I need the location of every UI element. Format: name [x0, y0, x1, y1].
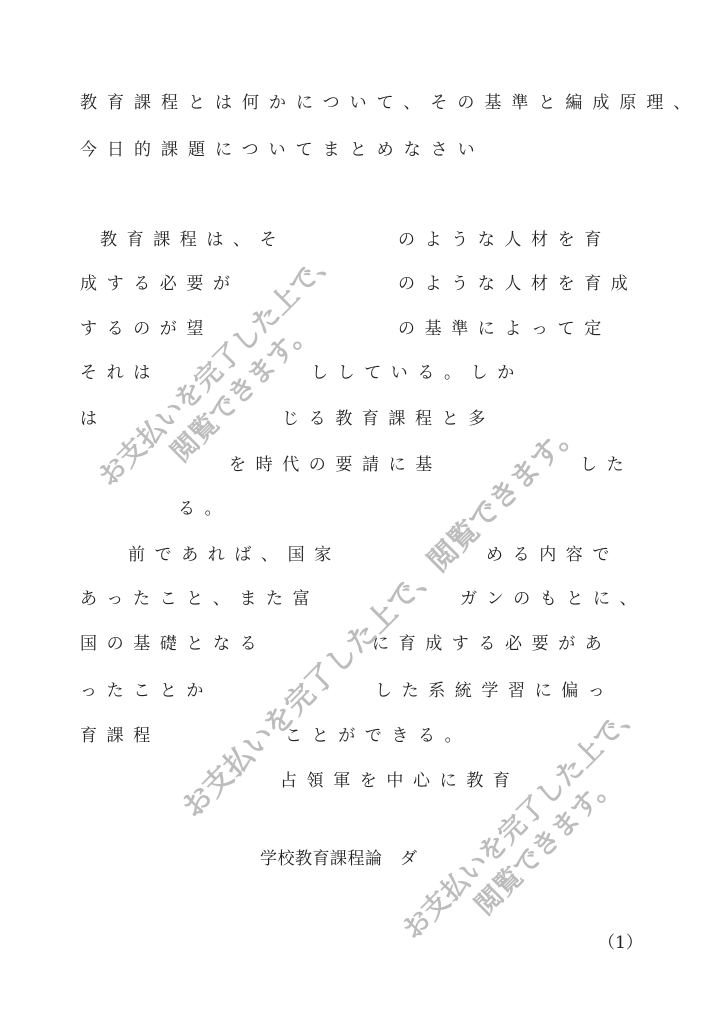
body-fragment: の基準によって定: [398, 319, 611, 339]
body-fragment: 育課程: [80, 726, 160, 746]
body-fragment: 教育課程は、そ: [100, 230, 286, 250]
body-fragment: ことができる。: [285, 726, 471, 746]
body-fragment: ガンのもとに、: [460, 589, 646, 609]
body-fragment: に育成する必要があ: [372, 634, 611, 654]
watermark-line-2: 閲覧できます。: [116, 265, 369, 518]
body-fragment: ししている。しか: [311, 363, 524, 383]
body-fragment: は: [80, 409, 107, 429]
body-fragment: した: [580, 455, 633, 475]
assignment-title-line-2: 今日的課題についてまとめなさい: [80, 140, 485, 160]
body-fragment: それは: [80, 363, 160, 383]
body-fragment: のような人材を育成: [398, 274, 637, 294]
body-fragment: 占領軍を中心に教育: [280, 771, 519, 791]
document-page: 教育課程とは何かについて、その基準と編成原理、 今日的課題についてまとめなさい …: [0, 0, 725, 1024]
body-fragment: した系統学習に偏っ: [375, 681, 614, 701]
body-fragment: る。: [178, 499, 231, 519]
body-fragment: ったことか: [80, 681, 213, 701]
body-fragment: 前であれば、国家: [128, 545, 341, 565]
body-fragment: める内容で: [486, 545, 619, 565]
body-fragment: するのが望: [80, 319, 213, 339]
body-fragment: 成する必要が: [80, 274, 240, 294]
assignment-title-line-1: 教育課程とは何かについて、その基準と編成原理、: [80, 93, 700, 113]
body-fragment: のような人材を育: [398, 230, 611, 250]
body-fragment: を時代の要請に基: [229, 455, 442, 475]
course-name: 学校教育課程論 ダ: [260, 849, 418, 869]
body-fragment: じる教育課程と多: [282, 409, 495, 429]
body-fragment: 国の基礎となる: [80, 634, 266, 654]
page-number: （1）: [598, 933, 643, 953]
body-fragment: あったこと、また富: [80, 589, 319, 609]
